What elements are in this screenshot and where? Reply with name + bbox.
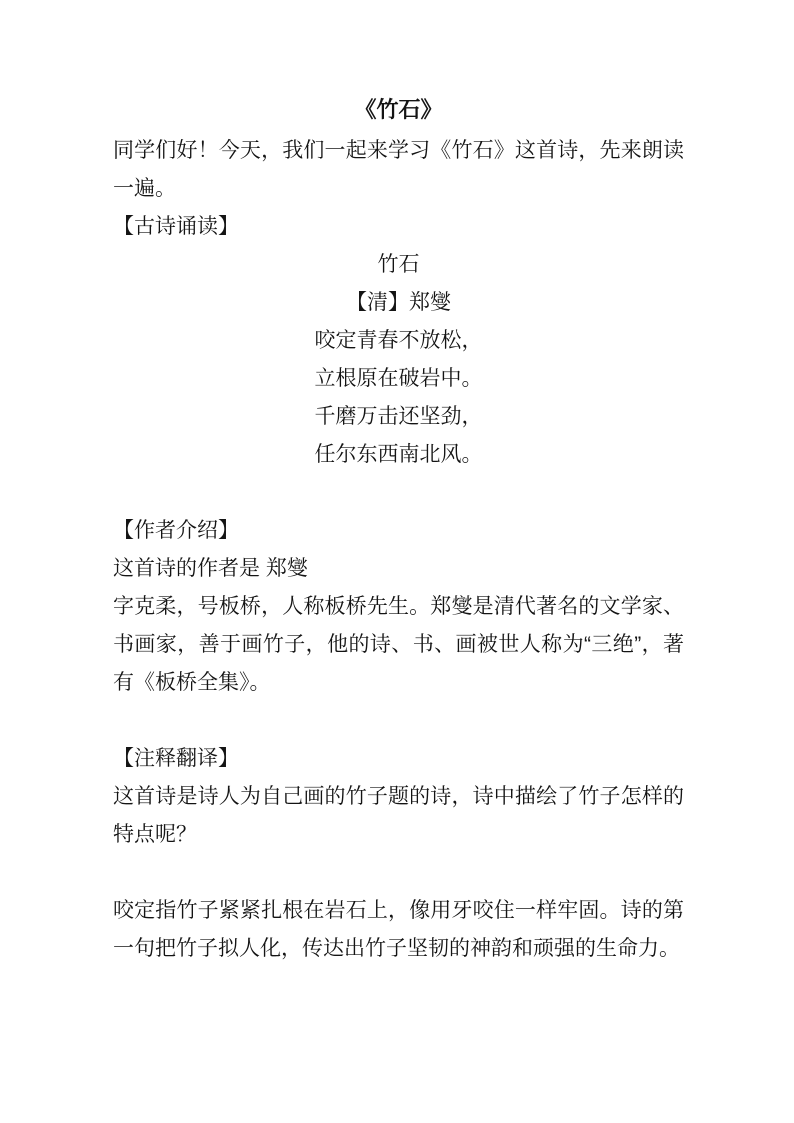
poem-line-1: 咬定青春不放松， [113, 322, 684, 360]
section-heading-notes: 【注释翻译】 [113, 740, 684, 778]
document-title: 《竹石》 [113, 88, 684, 132]
poem-line-2: 立根原在破岩中。 [113, 360, 684, 398]
document-page: 《竹石》 同学们好！今天，我们一起来学习《竹石》这首诗，先来朗读一遍。 【古诗诵… [0, 0, 794, 1123]
poem-line-3: 千磨万击还坚劲， [113, 398, 684, 436]
blank-line [113, 702, 684, 740]
poem-line-4: 任尔东西南北风。 [113, 436, 684, 474]
section-heading-author: 【作者介绍】 [113, 512, 684, 550]
poem-title: 竹石 [113, 246, 684, 284]
author-body-paragraph: 字克柔，号板桥，人称板桥先生。郑燮是清代著名的文学家、书画家，善于画竹子，他的诗… [113, 588, 684, 702]
author-lead-line: 这首诗的作者是 郑燮 [113, 550, 684, 588]
poem-block: 竹石 【清】郑燮 咬定青春不放松， 立根原在破岩中。 千磨万击还坚劲， 任尔东西… [113, 246, 684, 474]
notes-explanation-paragraph: 咬定指竹子紧紧扎根在岩石上，像用牙咬住一样牢固。诗的第一句把竹子拟人化，传达出竹… [113, 892, 684, 968]
section-heading-recite: 【古诗诵读】 [113, 208, 684, 246]
notes-question-paragraph: 这首诗是诗人为自己画的竹子题的诗，诗中描绘了竹子怎样的特点呢？ [113, 778, 684, 854]
blank-line [113, 854, 684, 892]
intro-paragraph: 同学们好！今天，我们一起来学习《竹石》这首诗，先来朗读一遍。 [113, 132, 684, 208]
poem-author: 【清】郑燮 [113, 284, 684, 322]
blank-line [113, 474, 684, 512]
